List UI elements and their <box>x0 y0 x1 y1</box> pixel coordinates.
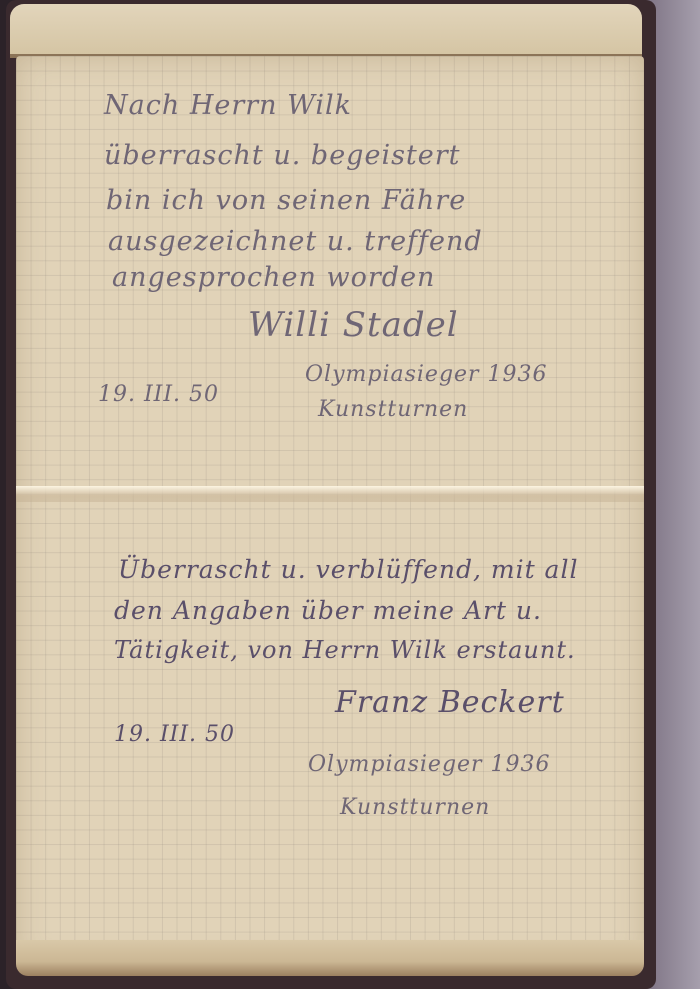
title-line: Olympiasieger 1936 <box>308 752 551 777</box>
page-fold <box>16 486 644 502</box>
date: 19. III. 50 <box>114 722 235 747</box>
handwritten-line: Überrascht u. verblüffend, mit all <box>118 555 578 584</box>
handwritten-line: überrascht u. begeistert <box>104 140 461 171</box>
handwritten-line: den Angaben über meine Art u. <box>114 596 542 625</box>
signature: Franz Beckert <box>335 685 565 720</box>
handwritten-line: Tätigkeit, von Herrn Wilk erstaunt. <box>114 636 576 664</box>
handwritten-line: angesprochen worden <box>112 262 435 293</box>
page-stack-top <box>10 4 642 58</box>
signature: Willi Stadel <box>248 305 459 345</box>
date: 19. III. 50 <box>98 382 219 407</box>
title-line: Kunstturnen <box>318 397 468 422</box>
handwritten-line: ausgezeichnet u. treffend <box>108 226 483 257</box>
title-line: Olympiasieger 1936 <box>305 362 548 387</box>
page-stack-bottom <box>16 940 644 976</box>
handwritten-line: bin ich von seinen Fähre <box>106 185 466 216</box>
handwritten-line: Nach Herrn Wilk <box>104 90 352 121</box>
title-line: Kunstturnen <box>340 795 490 820</box>
